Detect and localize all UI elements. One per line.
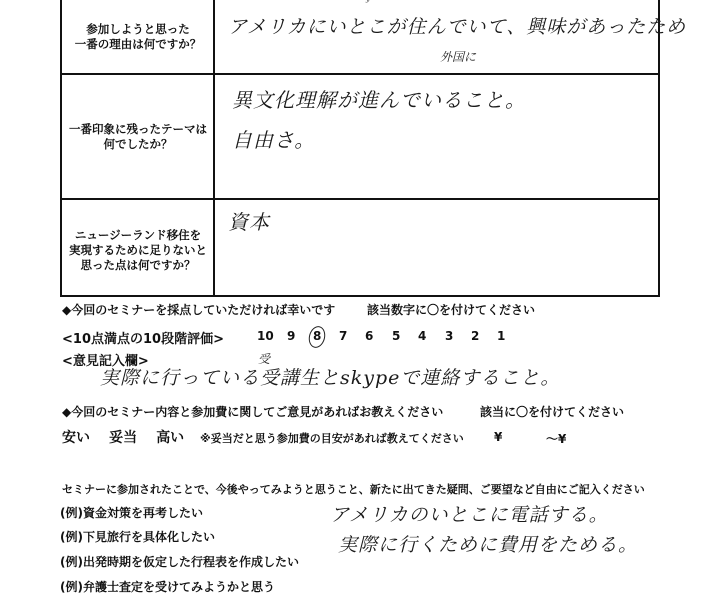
free-answer-line2: 実際に行くために費用をためる。 [338, 530, 638, 557]
table-border-bottom [60, 295, 660, 297]
fee-choice-fair[interactable]: 妥当 [109, 427, 137, 447]
rating-instruction: 該当数字に〇を付けてください [367, 301, 535, 318]
example-2: (例)下見旅行を具体化したい [60, 528, 215, 545]
rating-3[interactable]: 3 [445, 329, 453, 343]
example-3: (例)出発時期を仮定した行程表を作成したい [60, 553, 299, 570]
answer-impression-line2: 自由さ。 [232, 124, 315, 153]
question-shortfall: ニュージーランド移住を 実現するために足りないと 思った点は何ですか？ [62, 228, 214, 273]
rating-1[interactable]: 1 [497, 329, 505, 343]
example-1: (例)資金対策を再考したい [60, 504, 203, 521]
fee-choice-expensive[interactable]: 高い [156, 427, 184, 447]
fee-choices: 安い 妥当 高い [62, 427, 198, 447]
question-impression: 一番印象に残ったテーマは 何でしたか？ [62, 122, 214, 152]
fee-instruction: 該当に〇を付けてください [480, 403, 624, 420]
fee-choice-cheap[interactable]: 安い [62, 427, 90, 447]
rating-2[interactable]: 2 [471, 329, 479, 343]
selected-rating-circle [306, 324, 327, 349]
table-border-right [658, 0, 660, 297]
answer-reason: アメリカにいとこが住んでいて、興味があったため [228, 12, 686, 39]
question-reason: 参加しようと思った 一番の理由は何ですか？ [62, 22, 214, 52]
answer-shortfall: 資本 [228, 206, 270, 235]
rating-6[interactable]: 6 [365, 329, 373, 343]
answer-impression-line1: 異文化理解が進んでいること。 [232, 84, 526, 113]
row-divider-2 [60, 198, 660, 200]
fee-note: ※妥当だと思う参加費の目安があれば教えてください [200, 430, 464, 446]
rating-4[interactable]: 4 [418, 329, 426, 343]
fee-heading: ◆今回のセミナー内容と参加費に関してご意見があればお教えください [62, 403, 443, 420]
free-heading: セミナーに参加されたことで、今後やってみようと思うこと、新たに出てきた疑問、ご要… [62, 481, 645, 497]
opinion-answer: 実際に行っている受講生とskypeで連絡すること。 [100, 363, 560, 390]
answer-reason-insertion: 外国に [440, 48, 476, 65]
rating-scale-label: <10点満点の10段階評価> [62, 328, 224, 347]
rating-9[interactable]: 9 [287, 329, 295, 343]
free-answer-line1: アメリカのいとこに電話する。 [330, 500, 609, 527]
row-divider-1 [60, 73, 660, 75]
rating-5[interactable]: 5 [392, 329, 400, 343]
rating-10[interactable]: 10 [257, 329, 274, 343]
example-4: (例)弁護士査定を受けてみようかと思う [60, 578, 275, 595]
rating-heading: ◆今回のセミナーを採点していただければ幸いです [62, 301, 335, 318]
cut-off-handwriting: ︶ ʸ ︶ [350, 0, 386, 9]
yen-from[interactable]: ¥ [494, 430, 502, 444]
yen-to[interactable]: ～¥ [546, 430, 566, 447]
rating-7[interactable]: 7 [339, 329, 347, 343]
